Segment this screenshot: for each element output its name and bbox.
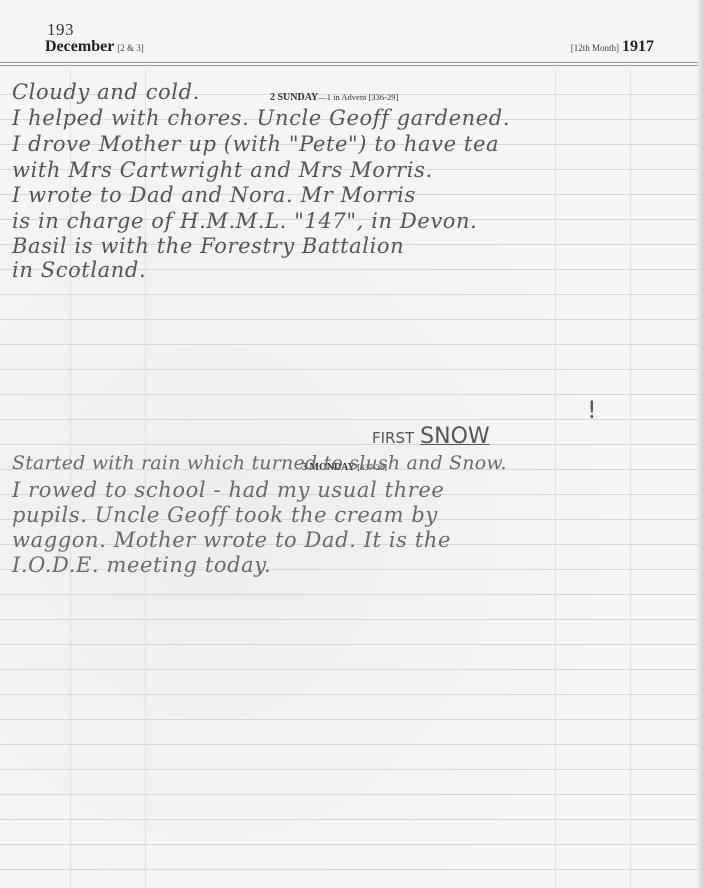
snow-label: SNOW: [420, 424, 490, 449]
year-heading: [12th Month]1917: [571, 38, 654, 56]
entry-line: Cloudy and cold.: [12, 80, 200, 104]
column-line: [555, 70, 556, 888]
diary-page: 193 December[2 & 3] [12th Month]1917 2 S…: [0, 0, 704, 888]
entry-line: Started with rain which turned to slush …: [12, 452, 507, 474]
entry-line: I.O.D.E. meeting today.: [12, 553, 271, 577]
exclamation-mark: !: [587, 396, 597, 424]
page-number: 193: [47, 20, 74, 40]
page-edge: [698, 0, 704, 888]
year: 1917: [622, 38, 654, 55]
first-label: FIRST: [372, 429, 414, 447]
entry-line: Basil is with the Forestry Battalion: [12, 234, 404, 258]
entry-line: with Mrs Cartwright and Mrs Morris.: [12, 158, 433, 182]
header-divider: [0, 62, 698, 63]
entry-line: I helped with chores. Uncle Geoff garden…: [12, 106, 510, 130]
day-heading-sunday: 2 SUNDAY—1 in Advent [336-29]: [270, 92, 398, 103]
first-snow-note: FIRSTSNOW !: [372, 424, 490, 449]
day-number: 2: [270, 92, 275, 103]
entry-line: pupils. Uncle Geoff took the cream by: [12, 503, 438, 527]
entry-line: I drove Mother up (with "Pete") to have …: [12, 132, 499, 156]
entry-line: waggon. Mother wrote to Dad. It is the: [12, 528, 451, 552]
day-note: —1 in Advent [336-29]: [318, 92, 398, 102]
month-heading: December[2 & 3]: [45, 38, 144, 56]
entry-line: is in charge of H.M.M.L. "147", in Devon…: [12, 209, 477, 233]
header-divider: [0, 65, 698, 66]
day-name: SUNDAY: [278, 92, 319, 103]
entry-line: I wrote to Dad and Nora. Mr Morris: [12, 183, 416, 207]
entry-line: in Scotland.: [12, 258, 146, 282]
month-days: [2 & 3]: [117, 43, 144, 53]
column-line: [630, 70, 631, 888]
month-label: [12th Month]: [571, 43, 619, 53]
month-name: December: [45, 38, 114, 55]
entry-line: I rowed to school - had my usual three: [12, 478, 444, 502]
